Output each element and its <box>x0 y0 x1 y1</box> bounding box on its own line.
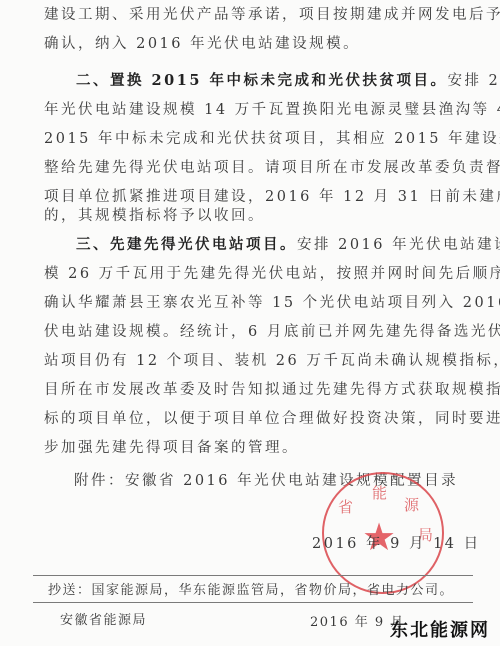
divider <box>33 602 473 603</box>
signature-date: 2016 年 9 月 14 日 <box>312 533 481 555</box>
divider <box>33 575 473 576</box>
cc-list: 抄送：国家能源局，华东能源监管局，省物价局，省电力公司。 <box>48 580 488 602</box>
body-line: 伏电站建设规模。经统计，6 月底前已并网先建先得备选光伏电 <box>44 321 484 343</box>
section-2-first-line: 二、置换 2015 年中标未完成和光伏扶贫项目。安排 2016 <box>76 70 500 92</box>
body-line: 的，其规模指标将予以收回。 <box>44 205 484 227</box>
body-line: 建设工期、采用光伏产品等承诺，项目按期建成并网发电后予以 <box>44 4 484 26</box>
body-line: 整给先建先得光伏电站项目。请项目所在市发展改革委负责督促 <box>44 157 484 179</box>
section-3-first-line: 三、先建先得光伏电站项目。安排 2016 年光伏电站建设规 <box>76 234 500 256</box>
issuer: 安徽省能源局 <box>60 610 147 632</box>
seal-char: 能 <box>372 482 387 503</box>
body-line: 步加强先建先得项目备案的管理。 <box>44 437 484 459</box>
body-line: 年光伏电站建设规模 14 万千瓦置换阳光电源灵璧县渔沟等 4 个 <box>44 99 484 121</box>
section-3-heading: 三、先建先得光伏电站项目。 <box>76 236 297 253</box>
seal-char: 源 <box>404 494 419 515</box>
attachment-note: 附件：安徽省 2016 年光伏电站建设规模配置目录 <box>74 470 500 492</box>
body-line: 站项目仍有 12 个项目、装机 26 万千瓦尚未确认规模指标，请项 <box>44 350 484 372</box>
site-watermark: 东北能源网 <box>390 616 490 642</box>
seal-char: 省 <box>338 496 353 517</box>
body-line: 标的项目单位，以便于项目单位合理做好投资决策，同时要进一 <box>44 408 484 430</box>
body-line: 确认华耀萧县王寨农光互补等 15 个光伏电站项目列入 2016 年光 <box>44 292 484 314</box>
body-line: 目所在市发展改革委及时告知拟通过先建先得方式获取规模指 <box>44 379 484 401</box>
body-line: 模 26 万千瓦用于先建先得光伏电站，按照并网时间先后顺序， <box>44 263 484 285</box>
body-line: 确认，纳入 2016 年光伏电站建设规模。 <box>44 33 484 55</box>
section-2-heading: 二、置换 2015 年中标未完成和光伏扶贫项目。 <box>76 72 447 89</box>
body-line: 2015 年中标未完成和光伏扶贫项目，其相应 2015 年建设规模调 <box>44 128 484 150</box>
